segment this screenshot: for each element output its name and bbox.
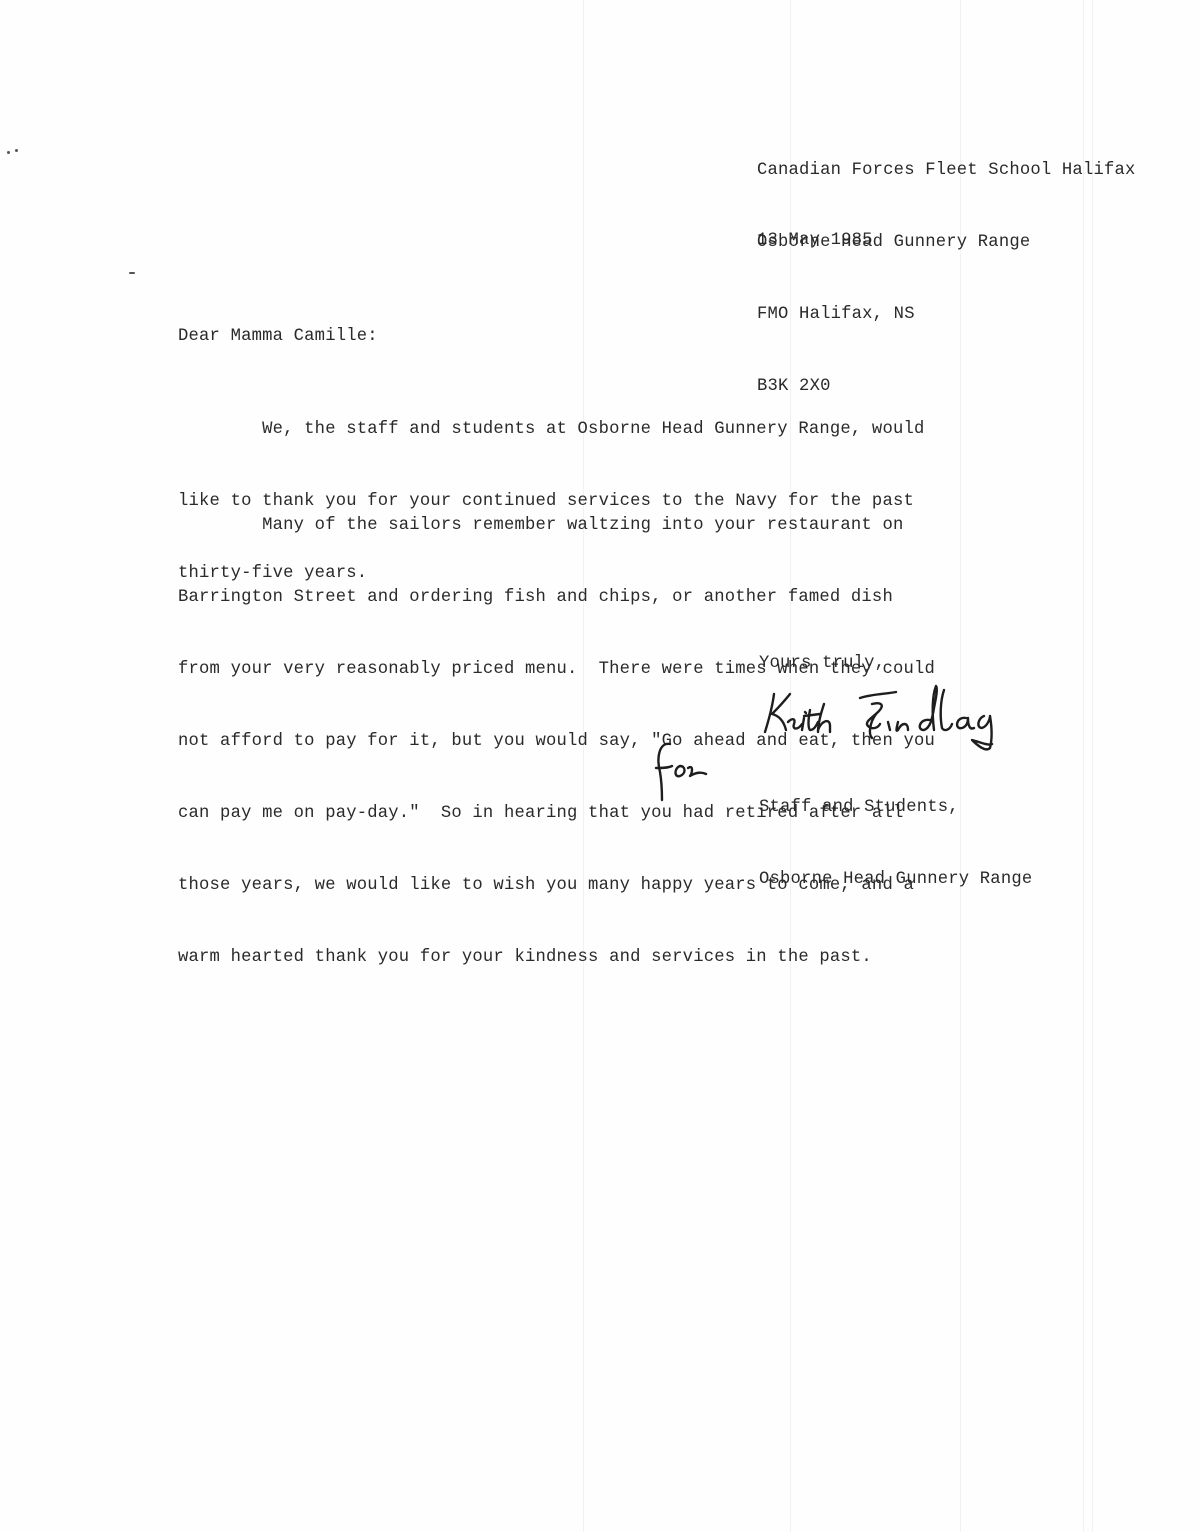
scan-speck [15, 149, 18, 152]
closing: Yours truly, [759, 652, 885, 676]
sender-address-line: Canadian Forces Fleet School Halifax [757, 159, 1136, 183]
body-line: Many of the sailors remember waltzing in… [178, 514, 1078, 538]
body-line: We, the staff and students at Osborne He… [178, 418, 1078, 442]
body-line: Barrington Street and ordering fish and … [178, 586, 1078, 610]
signer-line: Staff and Students, [759, 796, 1032, 820]
body-line: from your very reasonably priced menu. T… [178, 658, 1078, 682]
signer-block: Staff and Students, Osborne Head Gunnery… [759, 748, 1032, 940]
scan-speck [7, 151, 10, 154]
signer-line: Osborne Head Gunnery Range [759, 868, 1032, 892]
letter-date: 13 May 1985 [757, 229, 873, 253]
handwritten-signature [760, 682, 1070, 757]
salutation: Dear Mamma Camille: [178, 325, 378, 349]
letter-page: Canadian Forces Fleet School Halifax Osb… [0, 0, 1200, 1532]
sender-address-line: FMO Halifax, NS [757, 303, 1136, 327]
scan-speck [129, 272, 135, 274]
handwritten-for [652, 738, 712, 803]
body-line: warm hearted thank you for your kindness… [178, 946, 1078, 970]
